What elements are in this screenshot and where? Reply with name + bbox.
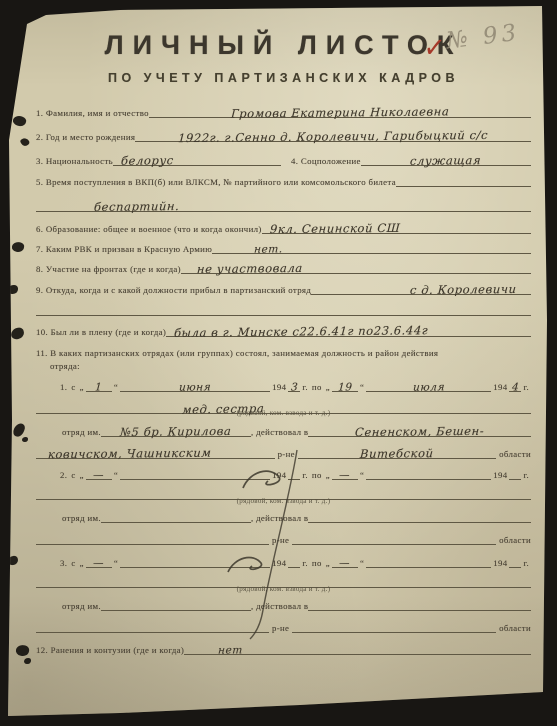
printed-rne-label: р-не	[272, 535, 289, 545]
unit3-dates-row: 3. с „ — “ 194 г. по „ — “ 194 г.	[36, 556, 531, 568]
field-arrival-line: с д. Королевичи	[311, 282, 531, 295]
printed-g: г.	[523, 558, 529, 568]
printed-year-prefix: 194	[272, 382, 286, 392]
field-surname-value: Громова Екатерина Николаевна	[230, 106, 449, 120]
ink-blot	[20, 137, 31, 148]
ink-blot	[11, 241, 25, 253]
field-arrival-extra-row	[36, 306, 531, 316]
field-social-value: служащая	[410, 155, 482, 167]
unit1-day-to: 19	[337, 382, 352, 393]
field-nationality-social: 3. Национальность белорус 4. Соцположени…	[36, 153, 531, 166]
field-party-line1	[396, 177, 531, 187]
unit1-year-from-line: 3	[288, 380, 300, 392]
field-rvk-line: нет.	[212, 242, 531, 254]
field-wounds: 12. Ранения и контузии (где и когда) нет	[36, 643, 531, 655]
field-wounds-label: 12. Ранения и контузии (где и когда)	[36, 645, 184, 655]
document-subtitle: ПО УЧЕТУ ПАРТИЗАНСКИХ КАДРОВ	[108, 71, 459, 85]
field-surname: 1. Фамилия, имя и отчество Громова Екате…	[36, 105, 531, 118]
unit3-otryad-row: отряд им. , действовал в	[36, 601, 531, 611]
unit1-month-to-line: июля	[366, 380, 491, 392]
unit2-otryad-line	[101, 513, 251, 523]
printed-s: с	[71, 470, 75, 480]
printed-po: по	[312, 470, 322, 480]
unit3-acted-line	[308, 601, 531, 611]
field-rvk-label: 7. Каким РВК и призван в Красную Армию	[36, 244, 212, 254]
field-captivity-line: была в г. Минске с22.6.41г по23.6.44г	[166, 324, 531, 337]
document-paper: ЛИЧНЫЙ ЛИСТОК ✓ № 93 ПО УЧЕТУ ПАРТИЗАНСК…	[0, 0, 557, 726]
ink-blot	[10, 327, 25, 340]
ink-blot	[8, 285, 18, 294]
unit1-day-from-line: 1	[86, 380, 112, 392]
field-social-line: служащая	[361, 153, 531, 166]
field-rvk-value: нет.	[254, 244, 283, 255]
unit1-month-from: июня	[179, 382, 212, 393]
unit1-otryad-row: отряд им. №5 бр. Кирилова , действовал в…	[36, 424, 531, 437]
field-party: 5. Время поступления в ВКП(б) или ВЛКСМ,…	[36, 177, 531, 187]
printed-oblast-label: области	[499, 623, 531, 633]
unit1-number: 1.	[60, 382, 67, 392]
unit2-day-to-line: —	[332, 468, 358, 480]
field-birth-line: 1922г. г.Сенно д. Королевичи, Гарибыцкий…	[135, 129, 531, 142]
field-birth: 2. Год и место рождения 1922г. г.Сенно д…	[36, 129, 531, 142]
printed-po: по	[312, 558, 322, 568]
unit1-year-to: 4	[512, 382, 520, 393]
unit3-month-to-line	[366, 558, 491, 568]
printed-open-quote: „	[80, 558, 84, 568]
unit1-cont-value: ковичском, Чашникским	[48, 448, 212, 461]
unit2-otryad-row: отряд им. , действовал в	[36, 513, 531, 523]
unit1-year-to-line: 4	[509, 380, 521, 392]
printed-year-prefix: 194	[272, 558, 286, 568]
unit2-day-from: —	[93, 470, 105, 481]
unit1-rayon-value: Витебской	[360, 448, 434, 460]
field-education: 6. Образование: общее и военное (что и к…	[36, 221, 531, 234]
field-captivity: 10. Был ли в плену (где и когда) была в …	[36, 324, 531, 337]
unit1-day-from: 1	[95, 382, 103, 393]
field-surname-line: Громова Екатерина Николаевна	[149, 105, 531, 118]
field-rvk: 7. Каким РВК и призван в Красную Армию н…	[36, 242, 531, 254]
field-party-line2: беспартийн.	[36, 199, 531, 212]
field-fronts-value: не участвовала	[197, 263, 303, 276]
field-fronts-line: не участвовала	[181, 261, 531, 274]
printed-year-prefix: 194	[493, 470, 507, 480]
field-captivity-value: была в г. Минске с22.6.41г по23.6.44г	[174, 325, 429, 339]
unit1-cont-line: ковичском, Чашникским	[36, 446, 275, 459]
unit3-otryad-line	[101, 601, 251, 611]
unit1-rank-caption: (рядовой, ком. взвода и т. д.)	[36, 409, 531, 417]
unit1-month-from-line: июня	[120, 380, 270, 392]
unit2-acted-line	[308, 513, 531, 523]
unit2-dates-row: 2. с „ — “ 194 г. по „ — “ 194 г.	[36, 468, 531, 480]
scanned-document-photo: { "doc": { "title": "ЛИЧНЫЙ ЛИСТОК", "su…	[0, 0, 557, 726]
unit3-rayon-line	[292, 623, 496, 633]
printed-otryad-label: отряд им.	[62, 601, 101, 611]
unit1-acted-value: Сененском, Бешен-	[355, 426, 485, 439]
ink-blot	[24, 658, 31, 664]
field-fronts: 8. Участие на фронтах (где и когда) не у…	[36, 261, 531, 274]
printed-acted-label: , действовал в	[251, 427, 308, 437]
unit2-year-to-line	[509, 470, 521, 480]
unit3-rank-caption: (рядовой, ком. взвода и т. д.)	[36, 585, 531, 593]
unit1-year-from: 3	[290, 382, 298, 393]
printed-year-prefix: 194	[493, 558, 507, 568]
unit3-number: 3.	[60, 558, 67, 568]
field-social-label: 4. Соцположение	[291, 156, 361, 166]
printed-oblast-label: области	[499, 535, 531, 545]
field-units-header2: отряда:	[36, 361, 531, 371]
unit1-day-to-line: 19	[332, 380, 358, 392]
field-nationality-value: белорус	[121, 155, 174, 167]
printed-otryad-label: отряд им.	[62, 427, 101, 437]
unit2-month-to-line	[366, 470, 491, 480]
field-education-label: 6. Образование: общее и военное (что и к…	[36, 224, 262, 234]
red-checkmark-icon: ✓	[422, 30, 446, 65]
document-title: ЛИЧНЫЙ ЛИСТОК	[105, 30, 463, 61]
field-wounds-line: нет	[184, 643, 531, 655]
ink-blot	[12, 422, 27, 439]
unit2-rank-caption: (рядовой, ком. взвода и т. д.)	[36, 497, 531, 505]
field-nationality-line: белорус	[113, 153, 281, 166]
field-education-line: 9кл. Сенинской СШ	[262, 221, 531, 234]
printed-po: по	[312, 382, 322, 392]
printed-acted-label: , действовал в	[251, 601, 308, 611]
field-fronts-label: 8. Участие на фронтах (где и когда)	[36, 264, 181, 274]
field-arrival-label: 9. Откуда, когда и с какой должности при…	[36, 285, 311, 295]
printed-g: г.	[302, 558, 308, 568]
field-surname-label: 1. Фамилия, имя и отчество	[36, 108, 149, 118]
unit1-month-to: июля	[412, 382, 445, 393]
printed-g: г.	[523, 470, 529, 480]
unit3-day-from: —	[93, 558, 105, 569]
printed-s: с	[71, 558, 75, 568]
unit2-day-to: —	[339, 470, 351, 481]
field-arrival-value: с д. Королевичи	[410, 284, 517, 297]
printed-close-quote: “	[114, 382, 118, 392]
printed-open-quote: „	[80, 382, 84, 392]
printed-close-quote: “	[360, 382, 364, 392]
printed-open-quote: „	[80, 470, 84, 480]
printed-rne-label: р-не	[272, 623, 289, 633]
subtitle-row: ПО УЧЕТУ ПАРТИЗАНСКИХ КАДРОВ	[36, 71, 531, 85]
unit2-rayon-line	[292, 535, 496, 545]
printed-year-prefix: 194	[493, 382, 507, 392]
field-birth-label: 2. Год и место рождения	[36, 132, 135, 142]
unit2-region-row: р-не области	[36, 535, 531, 545]
ink-blot	[7, 555, 18, 565]
printed-year-prefix: 194	[272, 470, 286, 480]
printed-close-quote: “	[360, 558, 364, 568]
field-birth-value: 1922г. г.Сенно д. Королевичи, Гарибыцкий…	[178, 130, 489, 145]
unit3-cont-line	[36, 623, 269, 633]
printed-rne-label: р-не	[278, 449, 295, 459]
unit2-year-from-line	[288, 470, 300, 480]
field-party-label: 5. Время поступления в ВКП(б) или ВЛКСМ,…	[36, 177, 396, 187]
unit3-region-row: р-не области	[36, 623, 531, 633]
unit1-dates-row: 1. с „ 1 “ июня 194 3 г. по „ 19 “ июля …	[36, 380, 531, 392]
field-units-label1: 11. В каких партизанских отрядах (или гр…	[36, 348, 438, 358]
unit3-day-to: —	[339, 558, 351, 569]
field-party-value-row: беспартийн.	[36, 199, 531, 212]
ink-blot	[15, 644, 30, 658]
photo-background: ЛИЧНЫЙ ЛИСТОК ✓ № 93 ПО УЧЕТУ ПАРТИЗАНСК…	[0, 0, 557, 726]
field-units-label2: отряда:	[50, 361, 80, 371]
printed-acted-label: , действовал в	[251, 513, 308, 523]
printed-oblast-label: области	[499, 449, 531, 459]
unit2-number: 2.	[60, 470, 67, 480]
unit3-day-to-line: —	[332, 556, 358, 568]
printed-g: г.	[302, 470, 308, 480]
field-arrival: 9. Откуда, когда и с какой должности при…	[36, 282, 531, 295]
unit1-otryad-value: №5 бр. Кирилова	[120, 426, 232, 439]
printed-otryad-label: отряд им.	[62, 513, 101, 523]
unit3-month-from-line	[120, 558, 270, 568]
field-units-header1: 11. В каких партизанских отрядах (или гр…	[36, 348, 531, 358]
field-arrival-line2	[36, 306, 531, 316]
printed-close-quote: “	[114, 558, 118, 568]
field-education-value: 9кл. Сенинской СШ	[269, 223, 400, 236]
unit3-year-to-line	[509, 558, 521, 568]
unit3-year-from-line	[288, 558, 300, 568]
unit2-day-from-line: —	[86, 468, 112, 480]
printed-open-quote: „	[326, 470, 330, 480]
printed-close-quote: “	[114, 470, 118, 480]
printed-close-quote: “	[360, 470, 364, 480]
unit1-acted-line: Сененском, Бешен-	[308, 424, 531, 437]
unit2-month-from-line	[120, 470, 270, 480]
ink-blot	[12, 114, 27, 128]
printed-g: г.	[523, 382, 529, 392]
printed-open-quote: „	[326, 382, 330, 392]
field-nationality-label: 3. Национальность	[36, 156, 113, 166]
unit1-otryad-line: №5 бр. Кирилова	[101, 424, 251, 437]
ink-blot	[22, 437, 28, 442]
unit3-day-from-line: —	[86, 556, 112, 568]
field-party-value: беспартийн.	[94, 201, 180, 213]
printed-g: г.	[302, 382, 308, 392]
printed-s: с	[71, 382, 75, 392]
unit1-region-row: ковичском, Чашникским р-не Витебской обл…	[36, 446, 531, 459]
printed-open-quote: „	[326, 558, 330, 568]
unit1-rayon-line: Витебской	[298, 446, 496, 459]
field-captivity-label: 10. Был ли в плену (где и когда)	[36, 327, 166, 337]
field-wounds-value: нет	[218, 645, 244, 656]
unit2-cont-line	[36, 535, 269, 545]
